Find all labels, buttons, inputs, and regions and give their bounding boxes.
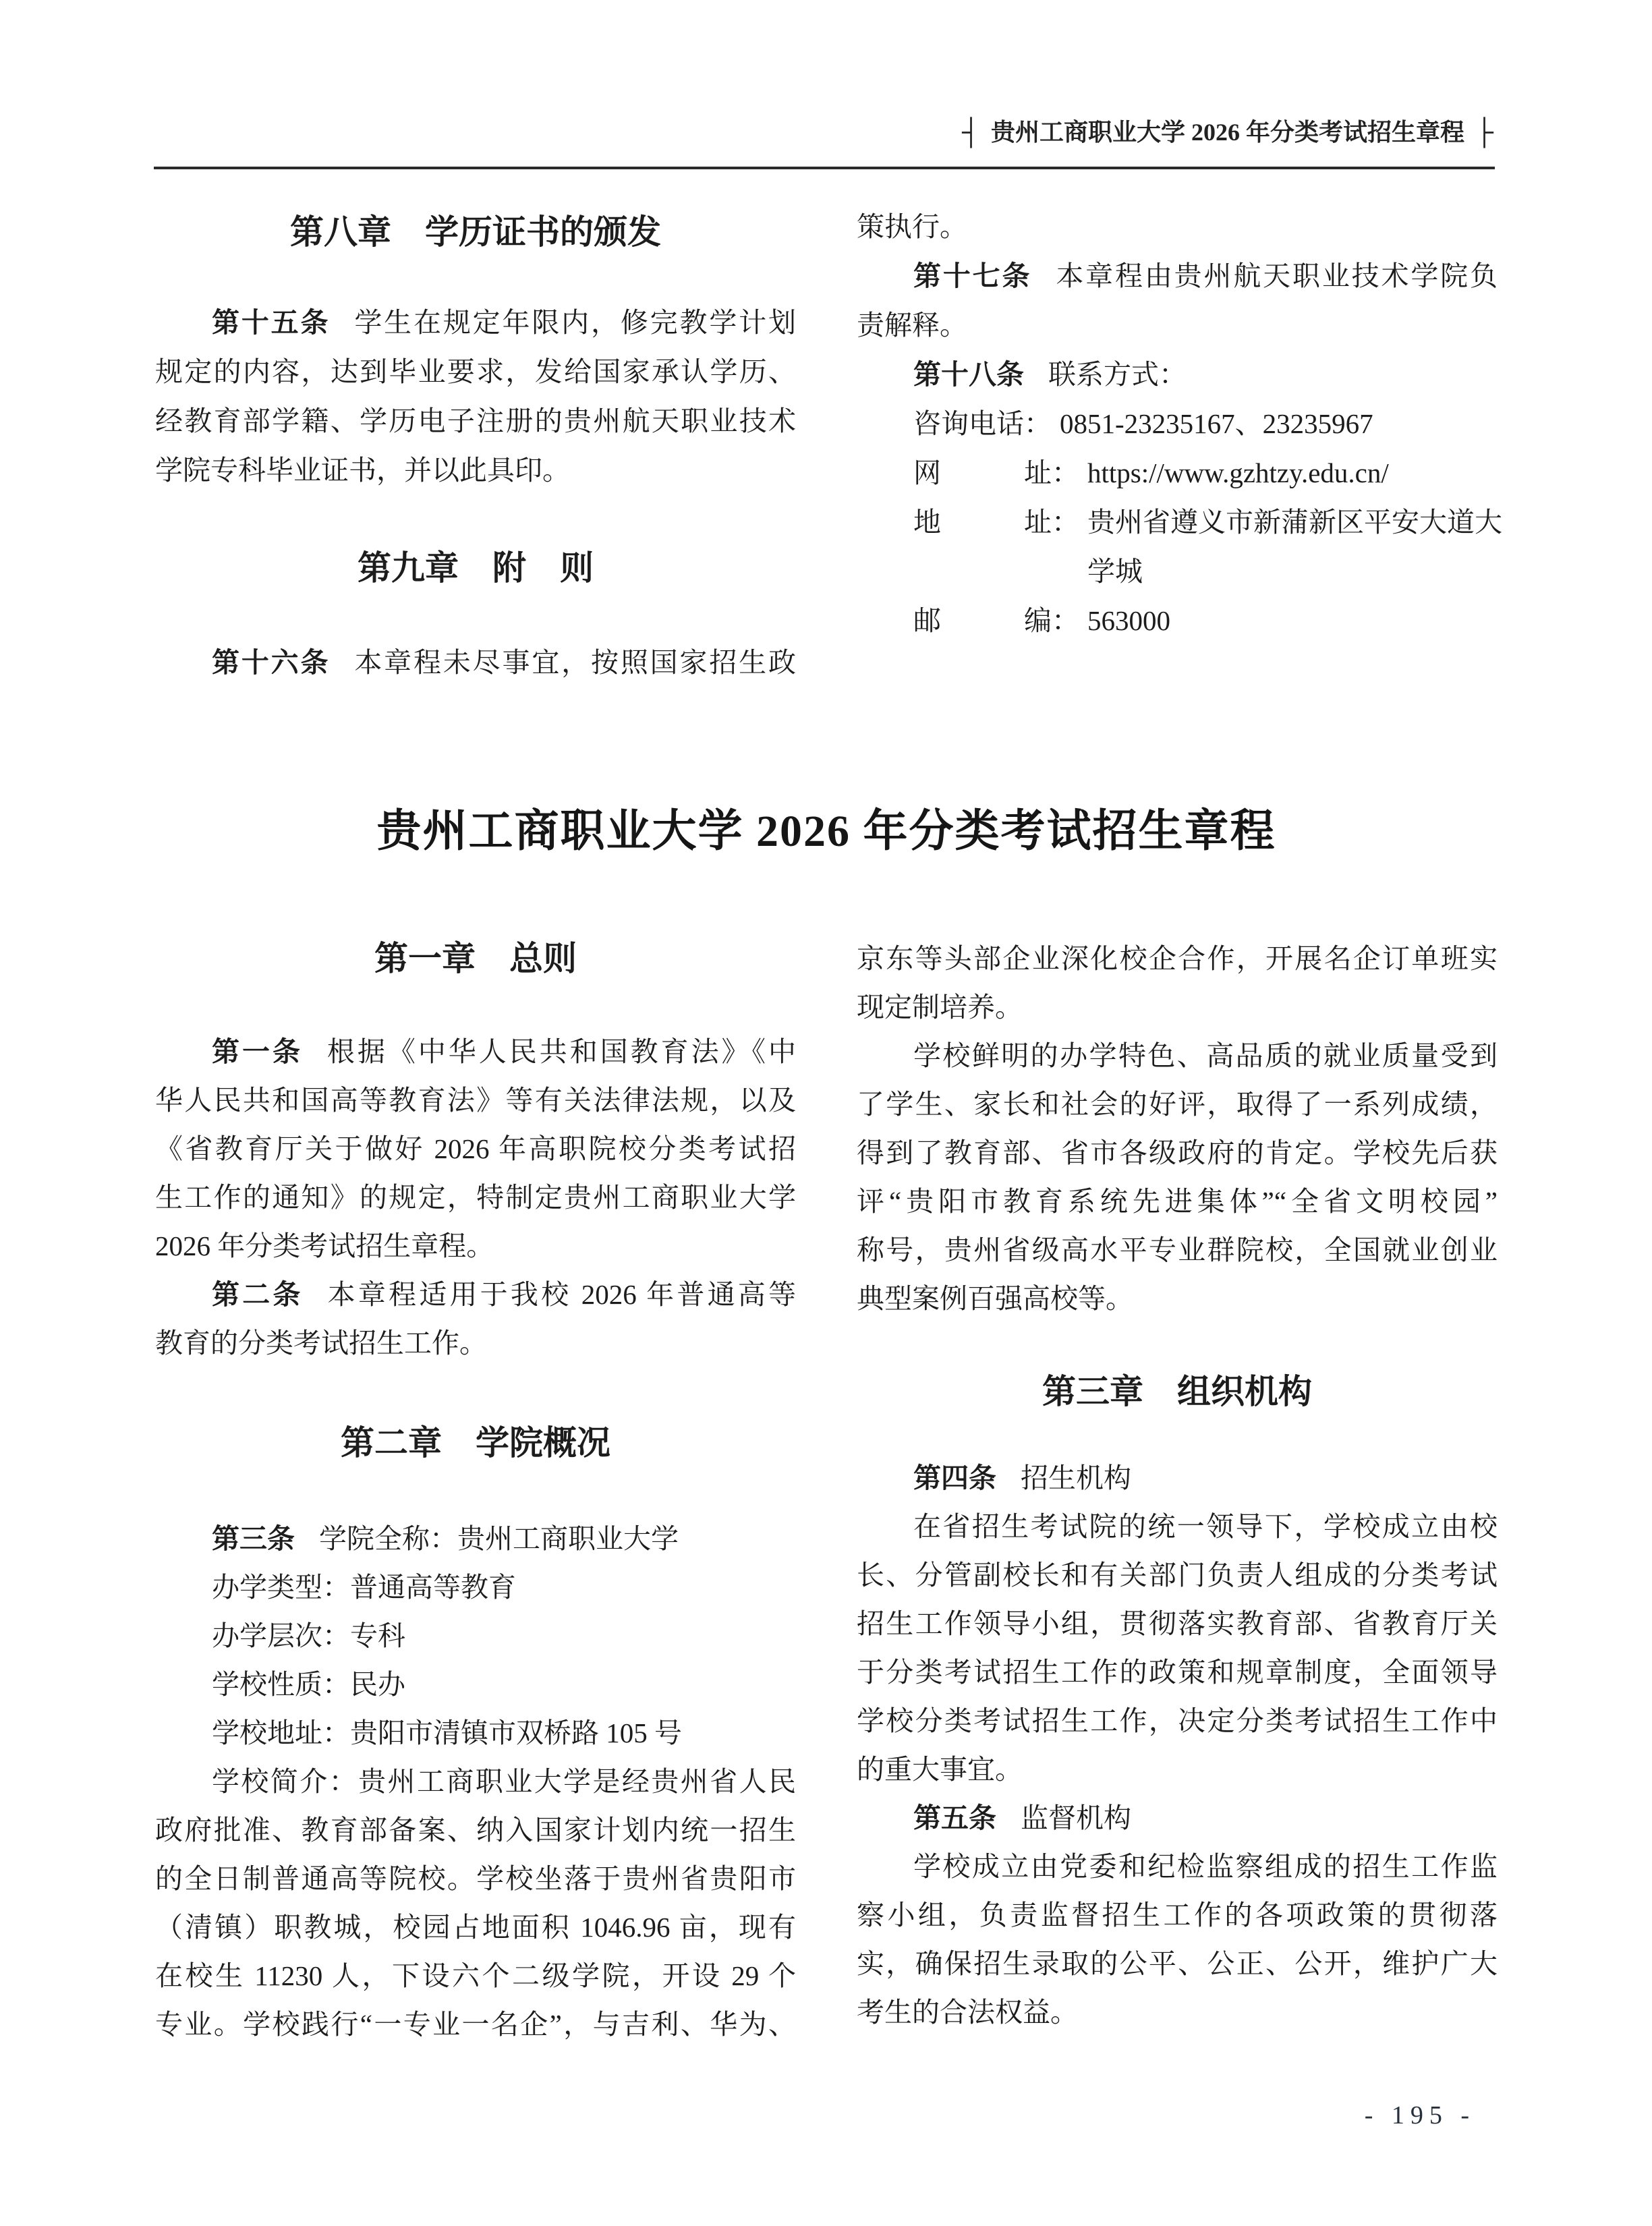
contact-label: 地 址： [913, 507, 1079, 538]
body-line: 称号，贵州省级高水平专业群院校，全国就业创业 [857, 1226, 1498, 1274]
article-label: 第十八条 [913, 359, 1024, 390]
body-line: 第五条监督机构 [857, 1794, 1498, 1842]
info-line: 学校性质：民办 [155, 1660, 796, 1709]
body-line: 学院专科毕业证书，并以此具印。 [155, 446, 796, 495]
contact-label: 咨询电话： [913, 408, 1052, 439]
info-line: 办学层次：专科 [155, 1611, 796, 1660]
article-label: 第十五条 [212, 307, 330, 338]
body-line: 第十八条联系方式： [857, 350, 1498, 399]
body-line: 第十六条本章程未尽事宜，按照国家招生政 [155, 638, 796, 687]
body-line: 于分类考试招生工作的政策和规章制度，全面领导 [857, 1648, 1498, 1696]
article-label: 第五条 [913, 1802, 996, 1833]
body-line: 教育的分类考试招生工作。 [155, 1319, 796, 1367]
body-text: 本章程未尽事宜，按照国家招生政 [354, 647, 796, 678]
body-text: 监督机构 [1021, 1802, 1131, 1833]
body-line: 第十七条本章程由贵州航天职业技术学院负 [857, 252, 1498, 301]
body-text: 本章程由贵州航天职业技术学院负 [1056, 260, 1498, 291]
article-label: 第十七条 [913, 260, 1031, 291]
article1-left-column: 第八章 学历证书的颁发 第十五条学生在规定年限内，修完教学计划 规定的内容，达到… [155, 202, 796, 687]
chapter-heading-2: 第二章 学院概况 [155, 1419, 796, 1467]
chapter-heading-9: 第九章 附 则 [155, 544, 796, 592]
body-text: 学院全称：贵州工商职业大学 [319, 1523, 679, 1554]
article-label: 第四条 [913, 1462, 996, 1493]
body-text: 联系方式： [1048, 359, 1187, 390]
body-line: 京东等头部企业深化校企合作，开展名企订单班实 [857, 934, 1498, 983]
article-label: 第三条 [212, 1523, 295, 1554]
body-line: 学校分类考试招生工作，决定分类考试招生工作中 [857, 1696, 1498, 1745]
body-line: 第三条学院全称：贵州工商职业大学 [155, 1514, 796, 1563]
document-page: ┤贵州工商职业大学 2026 年分类考试招生章程├ 第八章 学历证书的颁发 第十… [0, 0, 1652, 2226]
body-line: 在省招生考试院的统一领导下，学校成立由校 [857, 1502, 1498, 1551]
body-line: 学校成立由党委和纪检监察组成的招生工作监 [857, 1842, 1498, 1891]
chapter-heading-3: 第三章 组织机构 [857, 1367, 1498, 1416]
body-text: 根据《中华人民共和国教育法》《中 [327, 1036, 796, 1067]
body-text: 招生机构 [1021, 1462, 1131, 1493]
body-line: 得到了教育部、省市各级政府的肯定。学校先后获 [857, 1129, 1498, 1177]
contact-address-continuation: 学城 [857, 547, 1498, 596]
article-label: 第二条 [212, 1279, 304, 1310]
body-line: 规定的内容，达到毕业要求，发给国家承认学历、 [155, 347, 796, 397]
body-line: 学校鲜明的办学特色、高品质的就业质量受到 [857, 1031, 1498, 1080]
body-line: 长、分管副校长和有关部门负责人组成的分类考试 [857, 1551, 1498, 1599]
running-header: ┤贵州工商职业大学 2026 年分类考试招生章程├ [962, 113, 1493, 148]
document-title: 贵州工商职业大学 2026 年分类考试招生章程 [155, 795, 1498, 859]
body-line: 第四条招生机构 [857, 1454, 1498, 1502]
body-line: 现定制培养。 [857, 983, 1498, 1031]
body-line: 第二条本章程适用于我校 2026 年普通高等 [155, 1270, 796, 1319]
body-line: 学校简介：贵州工商职业大学是经贵州省人民 [155, 1757, 796, 1806]
body-line: 评“贵阳市教育系统先进集体”“全省文明校园” [857, 1177, 1498, 1226]
body-line: 第一条根据《中华人民共和国教育法》《中 [155, 1027, 796, 1076]
body-line: 专业。学校践行“一专业一名企”，与吉利、华为、 [155, 2000, 796, 2049]
page-number: - 195 - [1365, 2099, 1475, 2132]
body-line: 2026 年分类考试招生章程。 [155, 1222, 796, 1270]
contact-value-address: 贵州省遵义市新蒲新区平安大道大 [1087, 507, 1502, 538]
body-line: 的重大事宜。 [857, 1745, 1498, 1794]
article-label: 第一条 [212, 1036, 303, 1067]
chapter-heading-8: 第八章 学历证书的颁发 [155, 208, 796, 256]
body-line: 第十五条学生在规定年限内，修完教学计划 [155, 298, 796, 347]
contact-row-phone: 咨询电话：0851-23235167、23235967 [857, 399, 1498, 449]
body-text: 本章程适用于我校 2026 年普通高等 [328, 1279, 796, 1310]
contact-label: 邮 编： [913, 605, 1079, 636]
contact-row-website: 网 址：https://www.gzhtzy.edu.cn/ [857, 449, 1498, 498]
body-line: （清镇）职教城，校园占地面积 1046.96 亩，现有 [155, 1903, 796, 1951]
info-line: 学校地址：贵阳市清镇市双桥路 105 号 [155, 1709, 796, 1757]
body-line: 考生的合法权益。 [857, 1988, 1498, 2036]
body-line: 察小组，负责监督招生工作的各项政策的贯彻落 [857, 1891, 1498, 1939]
header-left-tick: ┤ [962, 118, 980, 146]
contact-row-zipcode: 邮 编：563000 [857, 596, 1498, 646]
info-line: 办学类型：普通高等教育 [155, 1563, 796, 1611]
body-line: 实，确保招生录取的公平、公正、公开，维护广大 [857, 1939, 1498, 1988]
body-line: 责解释。 [857, 301, 1498, 350]
contact-value-website: https://www.gzhtzy.edu.cn/ [1087, 457, 1389, 488]
running-title: 贵州工商职业大学 2026 年分类考试招生章程 [991, 119, 1464, 146]
contact-label: 网 址： [913, 457, 1079, 488]
body-line: 华人民共和国高等教育法》等有关法律法规，以及 [155, 1076, 796, 1124]
header-right-tick: ├ [1475, 118, 1493, 146]
body-line: 政府批准、教育部备案、纳入国家计划内统一招生 [155, 1806, 796, 1854]
body-line: 典型案例百强高校等。 [857, 1274, 1498, 1323]
body-line: 《省教育厅关于做好 2026 年高职院校分类考试招 [155, 1124, 796, 1173]
article1-right-column: 策执行。 第十七条本章程由贵州航天职业技术学院负 责解释。 第十八条联系方式： … [857, 202, 1498, 646]
body-line: 招生工作领导小组，贯彻落实教育部、省教育厅关 [857, 1599, 1498, 1648]
article2-left-column: 第一章 总则 第一条根据《中华人民共和国教育法》《中 华人民共和国高等教育法》等… [155, 934, 796, 2049]
body-line: 在校生 11230 人，下设六个二级学院，开设 29 个 [155, 1951, 796, 2000]
body-line: 策执行。 [857, 202, 1498, 252]
body-line: 经教育部学籍、学历电子注册的贵州航天职业技术 [155, 397, 796, 446]
contact-value-phone: 0851-23235167、23235967 [1060, 408, 1373, 439]
contact-value-zipcode: 563000 [1087, 605, 1170, 636]
body-line: 的全日制普通高等院校。学校坐落于贵州省贵阳市 [155, 1854, 796, 1903]
body-line: 了学生、家长和社会的好评，取得了一系列成绩， [857, 1080, 1498, 1129]
contact-row-address: 地 址：贵州省遵义市新蒲新区平安大道大 [857, 498, 1498, 547]
article-label: 第十六条 [212, 647, 330, 678]
article2-right-column: 京东等头部企业深化校企合作，开展名企订单班实 现定制培养。 学校鲜明的办学特色、… [857, 934, 1498, 2036]
body-text: 学生在规定年限内，修完教学计划 [354, 307, 796, 338]
header-rule [154, 167, 1495, 169]
chapter-heading-1: 第一章 总则 [155, 934, 796, 983]
body-line: 生工作的通知》的规定，特制定贵州工商职业大学 [155, 1173, 796, 1222]
